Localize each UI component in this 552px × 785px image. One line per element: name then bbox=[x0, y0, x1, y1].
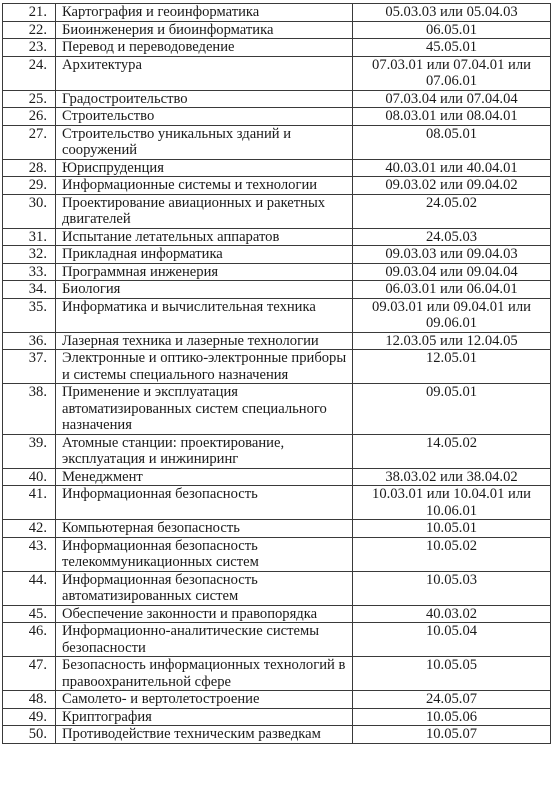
row-number: 24. bbox=[3, 56, 56, 90]
row-number: 32. bbox=[3, 246, 56, 264]
table-row: 39.Атомные станции: проектирование, эксп… bbox=[3, 434, 551, 468]
row-number: 23. bbox=[3, 39, 56, 57]
specialty-name: Информатика и вычислительная техника bbox=[56, 298, 353, 332]
specialty-code: 09.05.01 bbox=[353, 384, 551, 435]
row-number: 36. bbox=[3, 332, 56, 350]
specialty-name: Применение и эксплуатация автоматизирова… bbox=[56, 384, 353, 435]
specialty-code: 07.03.01 или 07.04.01 или 07.06.01 bbox=[353, 56, 551, 90]
table-row: 49.Криптография10.05.06 bbox=[3, 708, 551, 726]
table-row: 37.Электронные и оптико-электронные приб… bbox=[3, 350, 551, 384]
specialty-code: 08.03.01 или 08.04.01 bbox=[353, 108, 551, 126]
specialty-name: Перевод и переводоведение bbox=[56, 39, 353, 57]
row-number: 21. bbox=[3, 4, 56, 22]
row-number: 45. bbox=[3, 605, 56, 623]
row-number: 37. bbox=[3, 350, 56, 384]
table-row: 23.Перевод и переводоведение45.05.01 bbox=[3, 39, 551, 57]
specialty-code: 40.03.02 bbox=[353, 605, 551, 623]
specialty-code: 24.05.03 bbox=[353, 228, 551, 246]
row-number: 30. bbox=[3, 194, 56, 228]
specialty-name: Биоинженерия и биоинформатика bbox=[56, 21, 353, 39]
row-number: 40. bbox=[3, 468, 56, 486]
row-number: 43. bbox=[3, 537, 56, 571]
specialty-code: 10.05.04 bbox=[353, 623, 551, 657]
specialty-name: Градостроительство bbox=[56, 90, 353, 108]
table-row: 25.Градостроительство07.03.04 или 07.04.… bbox=[3, 90, 551, 108]
table-row: 38.Применение и эксплуатация автоматизир… bbox=[3, 384, 551, 435]
row-number: 46. bbox=[3, 623, 56, 657]
table-row: 42.Компьютерная безопасность10.05.01 bbox=[3, 520, 551, 538]
specialty-name: Лазерная техника и лазерные технологии bbox=[56, 332, 353, 350]
row-number: 25. bbox=[3, 90, 56, 108]
row-number: 38. bbox=[3, 384, 56, 435]
specialty-code: 10.05.05 bbox=[353, 657, 551, 691]
table-row: 44.Информационная безопасность автоматиз… bbox=[3, 571, 551, 605]
row-number: 35. bbox=[3, 298, 56, 332]
table-row: 45.Обеспечение законности и правопорядка… bbox=[3, 605, 551, 623]
table-row: 28.Юриспруденция40.03.01 или 40.04.01 bbox=[3, 159, 551, 177]
specialty-code: 24.05.02 bbox=[353, 194, 551, 228]
table-row: 48.Самолето- и вертолетостроение24.05.07 bbox=[3, 691, 551, 709]
specialty-name: Информационно-аналитические системы безо… bbox=[56, 623, 353, 657]
table-row: 36.Лазерная техника и лазерные технологи… bbox=[3, 332, 551, 350]
table-row: 21.Картография и геоинформатика05.03.03 … bbox=[3, 4, 551, 22]
specialty-name: Программная инженерия bbox=[56, 263, 353, 281]
specialty-code: 07.03.04 или 07.04.04 bbox=[353, 90, 551, 108]
specialty-name: Биология bbox=[56, 281, 353, 299]
row-number: 41. bbox=[3, 486, 56, 520]
specialty-code: 05.03.03 или 05.04.03 bbox=[353, 4, 551, 22]
specialty-name: Компьютерная безопасность bbox=[56, 520, 353, 538]
specialty-code: 10.05.01 bbox=[353, 520, 551, 538]
specialty-code: 45.05.01 bbox=[353, 39, 551, 57]
specialty-code: 10.05.06 bbox=[353, 708, 551, 726]
specialty-name: Обеспечение законности и правопорядка bbox=[56, 605, 353, 623]
specialty-code: 09.03.04 или 09.04.04 bbox=[353, 263, 551, 281]
row-number: 29. bbox=[3, 177, 56, 195]
specialty-code: 12.05.01 bbox=[353, 350, 551, 384]
table-row: 35.Информатика и вычислительная техника0… bbox=[3, 298, 551, 332]
table-row: 40.Менеджмент38.03.02 или 38.04.02 bbox=[3, 468, 551, 486]
table-row: 33.Программная инженерия09.03.04 или 09.… bbox=[3, 263, 551, 281]
specialty-code: 06.05.01 bbox=[353, 21, 551, 39]
specialty-name: Информационная безопасность bbox=[56, 486, 353, 520]
table-row: 32.Прикладная информатика09.03.03 или 09… bbox=[3, 246, 551, 264]
table-row: 43.Информационная безопасность телекомму… bbox=[3, 537, 551, 571]
specialty-name: Юриспруденция bbox=[56, 159, 353, 177]
row-number: 33. bbox=[3, 263, 56, 281]
specialty-name: Информационные системы и технологии bbox=[56, 177, 353, 195]
specialty-name: Безопасность информационных технологий в… bbox=[56, 657, 353, 691]
specialty-code: 09.03.02 или 09.04.02 bbox=[353, 177, 551, 195]
specialty-code: 09.03.01 или 09.04.01 или 09.06.01 bbox=[353, 298, 551, 332]
row-number: 50. bbox=[3, 726, 56, 744]
specialty-name: Информационная безопасность телекоммуник… bbox=[56, 537, 353, 571]
specialty-code: 06.03.01 или 06.04.01 bbox=[353, 281, 551, 299]
table-row: 50.Противодействие техническим разведкам… bbox=[3, 726, 551, 744]
table-row: 30.Проектирование авиационных и ракетных… bbox=[3, 194, 551, 228]
specialty-name: Испытание летательных аппаратов bbox=[56, 228, 353, 246]
specialty-name: Прикладная информатика bbox=[56, 246, 353, 264]
specialty-code: 08.05.01 bbox=[353, 125, 551, 159]
specialty-code: 10.05.03 bbox=[353, 571, 551, 605]
specialty-name: Архитектура bbox=[56, 56, 353, 90]
table-row: 47.Безопасность информационных технологи… bbox=[3, 657, 551, 691]
specialty-code: 12.03.05 или 12.04.05 bbox=[353, 332, 551, 350]
table-row: 31.Испытание летательных аппаратов24.05.… bbox=[3, 228, 551, 246]
table-body: 21.Картография и геоинформатика05.03.03 … bbox=[3, 4, 551, 744]
specialty-name: Атомные станции: проектирование, эксплуа… bbox=[56, 434, 353, 468]
specialty-name: Противодействие техническим разведкам bbox=[56, 726, 353, 744]
table-row: 22.Биоинженерия и биоинформатика06.05.01 bbox=[3, 21, 551, 39]
specialty-name: Криптография bbox=[56, 708, 353, 726]
specialty-code: 38.03.02 или 38.04.02 bbox=[353, 468, 551, 486]
row-number: 22. bbox=[3, 21, 56, 39]
specialty-code: 24.05.07 bbox=[353, 691, 551, 709]
row-number: 27. bbox=[3, 125, 56, 159]
specialty-name: Электронные и оптико-электронные приборы… bbox=[56, 350, 353, 384]
specialty-code: 14.05.02 bbox=[353, 434, 551, 468]
specialty-name: Картография и геоинформатика bbox=[56, 4, 353, 22]
specialty-name: Информационная безопасность автоматизиро… bbox=[56, 571, 353, 605]
table-row: 41.Информационная безопасность10.03.01 и… bbox=[3, 486, 551, 520]
table-row: 34.Биология06.03.01 или 06.04.01 bbox=[3, 281, 551, 299]
table-row: 27.Строительство уникальных зданий и соо… bbox=[3, 125, 551, 159]
table-row: 29.Информационные системы и технологии09… bbox=[3, 177, 551, 195]
row-number: 47. bbox=[3, 657, 56, 691]
specialty-code: 10.05.02 bbox=[353, 537, 551, 571]
table-row: 26.Строительство08.03.01 или 08.04.01 bbox=[3, 108, 551, 126]
row-number: 48. bbox=[3, 691, 56, 709]
specialty-code: 40.03.01 или 40.04.01 bbox=[353, 159, 551, 177]
specialty-name: Менеджмент bbox=[56, 468, 353, 486]
table-row: 46.Информационно-аналитические системы б… bbox=[3, 623, 551, 657]
specialty-code: 10.05.07 bbox=[353, 726, 551, 744]
specialty-name: Самолето- и вертолетостроение bbox=[56, 691, 353, 709]
document-page: 21.Картография и геоинформатика05.03.03 … bbox=[2, 3, 550, 744]
specialty-name: Строительство bbox=[56, 108, 353, 126]
specialty-name: Проектирование авиационных и ракетных дв… bbox=[56, 194, 353, 228]
specialties-table: 21.Картография и геоинформатика05.03.03 … bbox=[2, 3, 551, 744]
row-number: 26. bbox=[3, 108, 56, 126]
row-number: 34. bbox=[3, 281, 56, 299]
row-number: 28. bbox=[3, 159, 56, 177]
row-number: 42. bbox=[3, 520, 56, 538]
specialty-name: Строительство уникальных зданий и сооруж… bbox=[56, 125, 353, 159]
row-number: 39. bbox=[3, 434, 56, 468]
specialty-code: 09.03.03 или 09.04.03 bbox=[353, 246, 551, 264]
row-number: 31. bbox=[3, 228, 56, 246]
row-number: 49. bbox=[3, 708, 56, 726]
row-number: 44. bbox=[3, 571, 56, 605]
specialty-code: 10.03.01 или 10.04.01 или 10.06.01 bbox=[353, 486, 551, 520]
table-row: 24.Архитектура07.03.01 или 07.04.01 или … bbox=[3, 56, 551, 90]
